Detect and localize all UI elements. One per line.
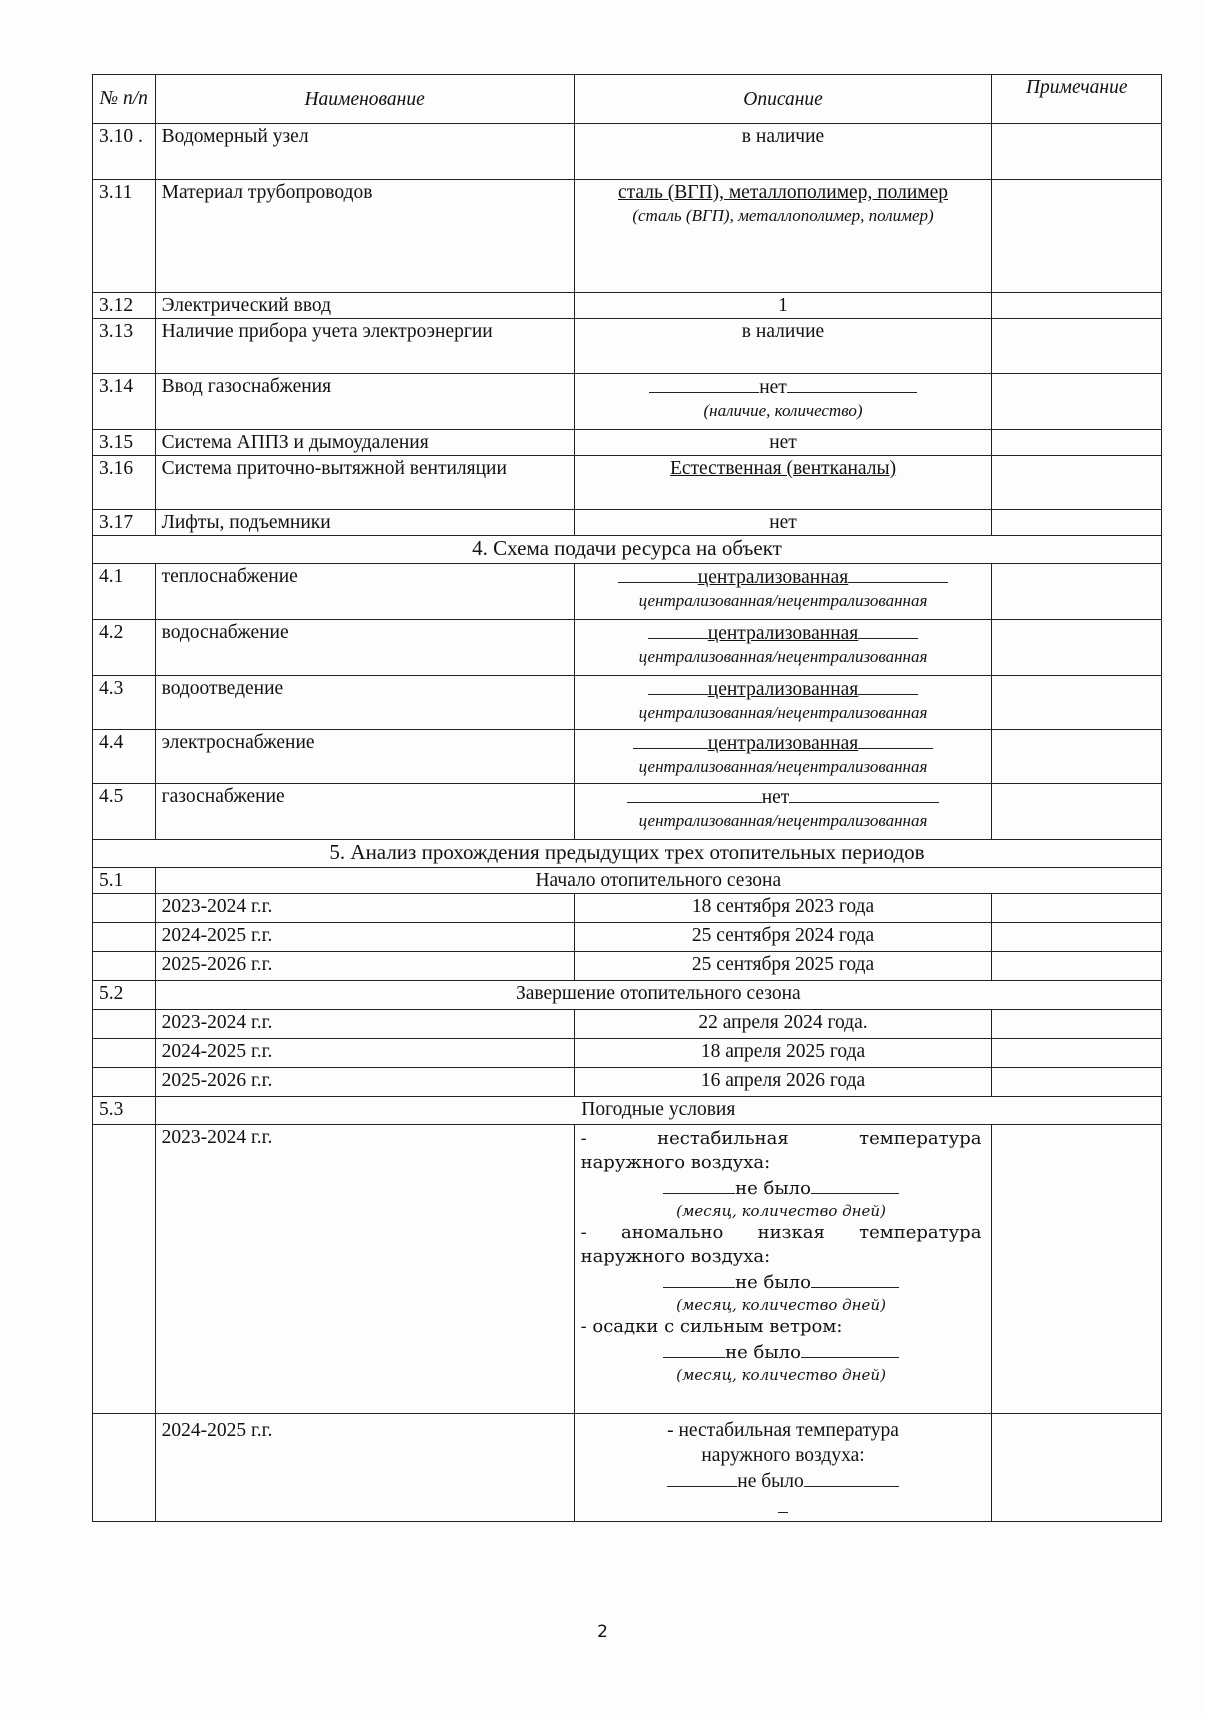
section-4-title: 4. Схема подачи ресурса на объект [93,536,1162,564]
row-desc-hint: централизованная/нецентрализованная [581,702,986,724]
row-name: Электрический ввод [155,293,574,319]
row-num [93,1068,156,1097]
row-desc-hint: (наличие, количество) [581,400,986,422]
weather-label: - аномально низкая температура [581,1221,982,1245]
row-note [992,1414,1162,1522]
row-desc: сталь (ВГП), металлополимер, полимер (ст… [574,180,992,293]
row-note [992,894,1162,923]
row-period: 2024-2025 г.г. [155,923,574,952]
subsection-title: Завершение отопительного сезона [155,981,1161,1010]
row-period: 2023-2024 г.г. [155,1125,574,1414]
row-note [992,1125,1162,1414]
weather-value: не было [737,1471,803,1492]
row-date: 22 апреля 2024 года. [574,1010,992,1039]
row-name: Наличие прибора учета электроэнергии [155,319,574,374]
row-num: 5.1 [93,868,156,894]
row-num: 4.5 [93,784,156,840]
table-row: 3.12 Электрический ввод 1 [93,293,1162,319]
row-desc: в наличие [574,124,992,180]
table-row: 4.1 теплоснабжение централизованная цент… [93,564,1162,620]
row-date: 25 сентября 2025 года [574,952,992,981]
weather-value: не было [725,1342,801,1363]
row-desc: нет централизованная/нецентрализованная [574,784,992,840]
row-desc-hint: централизованная/нецентрализованная [581,590,986,612]
row-num [93,952,156,981]
row-num: 3.10 . [93,124,156,180]
row-note [992,1010,1162,1039]
row-num: 3.11 [93,180,156,293]
row-note [992,952,1162,981]
row-note [992,180,1162,293]
row-note [992,620,1162,676]
weather-hint: (месяц, количество дней) [581,1295,982,1315]
table-row: 2024-2025 г.г. 25 сентября 2024 года [93,923,1162,952]
row-desc-value: централизованная [698,567,848,588]
row-name: Водомерный узел [155,124,574,180]
table-row: 4.2 водоснабжение централизованная центр… [93,620,1162,676]
weather-row: 2023-2024 г.г. - нестабильная температур… [93,1125,1162,1414]
row-note [992,374,1162,430]
row-date: 18 сентября 2023 года [574,894,992,923]
row-name: теплоснабжение [155,564,574,620]
row-num: 3.16 [93,456,156,510]
row-num [93,923,156,952]
row-num: 3.14 [93,374,156,430]
row-desc: нет [574,510,992,536]
header-name: Наименование [155,75,574,124]
table-row: 2024-2025 г.г. 18 апреля 2025 года [93,1039,1162,1068]
row-num: 4.4 [93,730,156,784]
row-num [93,1010,156,1039]
table-row: 3.10 . Водомерный узел в наличие [93,124,1162,180]
row-desc: нет [574,430,992,456]
table-header: № п/п Наименование Описание Примечание [93,75,1162,124]
subsection-title: Начало отопительного сезона [155,868,1161,894]
row-desc: 1 [574,293,992,319]
row-desc-value: сталь (ВГП), металлополимер, полимер [618,182,948,203]
row-desc-value: Естественная (вентканалы) [670,458,896,479]
row-desc-hint: централизованная/нецентрализованная [581,646,986,668]
row-desc-hint: централизованная/нецентрализованная [581,810,986,832]
inspection-table: № п/п Наименование Описание Примечание 3… [92,74,1162,1522]
table-row: 2025-2026 г.г. 16 апреля 2026 года [93,1068,1162,1097]
row-num: 3.15 [93,430,156,456]
row-desc: Естественная (вентканалы) [574,456,992,510]
row-num: 3.13 [93,319,156,374]
row-desc: в наличие [574,319,992,374]
row-period: 2025-2026 г.г. [155,952,574,981]
table-row: 3.14 Ввод газоснабжения нет (наличие, ко… [93,374,1162,430]
weather-row: 2024-2025 г.г. - нестабильная температур… [93,1414,1162,1522]
row-name: Лифты, подъемники [155,510,574,536]
row-date: 16 апреля 2026 года [574,1068,992,1097]
row-desc-hint: (сталь (ВГП), металлополимер, полимер) [581,205,986,227]
weather-label: - нестабильная температура [581,1127,982,1151]
row-name: электроснабжение [155,730,574,784]
row-note [992,923,1162,952]
weather-desc: - нестабильная температура наружного воз… [574,1125,992,1414]
row-num [93,1039,156,1068]
header-note: Примечание [992,75,1162,124]
row-date: 25 сентября 2024 года [574,923,992,952]
row-num [93,1414,156,1522]
weather-label: - нестабильная температура [581,1418,986,1443]
header-num: № п/п [93,75,156,124]
row-period: 2024-2025 г.г. [155,1414,574,1522]
weather-hint: (месяц, количество дней) [581,1365,982,1385]
subsection-row: 5.3 Погодные условия [93,1097,1162,1125]
section-heading: 5. Анализ прохождения предыдущих трех от… [93,840,1162,868]
weather-label: наружного воздуха: [581,1443,986,1468]
page-number: 2 [0,1622,1205,1642]
weather-desc: - нестабильная температура наружного воз… [574,1414,992,1522]
row-date: 18 апреля 2025 года [574,1039,992,1068]
row-name: водоснабжение [155,620,574,676]
row-note [992,676,1162,730]
row-desc-value: централизованная [708,623,858,644]
table-row: 3.13 Наличие прибора учета электроэнерги… [93,319,1162,374]
row-desc: нет (наличие, количество) [574,374,992,430]
row-desc-value: централизованная [708,733,858,754]
row-name: газоснабжение [155,784,574,840]
row-num [93,1125,156,1414]
row-note [992,124,1162,180]
row-name: Ввод газоснабжения [155,374,574,430]
header-description: Описание [574,75,992,124]
weather-value: не было [735,1272,811,1293]
row-note [992,784,1162,840]
table-row: 3.15 Система АППЗ и дымоудаления нет [93,430,1162,456]
row-note [992,564,1162,620]
row-num: 4.2 [93,620,156,676]
subsection-row: 5.2 Завершение отопительного сезона [93,981,1162,1010]
row-period: 2024-2025 г.г. [155,1039,574,1068]
row-num: 3.12 [93,293,156,319]
row-desc-value: централизованная [708,679,858,700]
row-period: 2023-2024 г.г. [155,1010,574,1039]
weather-value: не было [735,1178,811,1199]
table-row: 4.4 электроснабжение централизованная це… [93,730,1162,784]
row-desc: централизованная централизованная/нецент… [574,620,992,676]
row-period: 2025-2026 г.г. [155,1068,574,1097]
row-note [992,1039,1162,1068]
row-num: 5.2 [93,981,156,1010]
section-heading: 4. Схема подачи ресурса на объект [93,536,1162,564]
table-row: 3.11 Материал трубопроводов сталь (ВГП),… [93,180,1162,293]
row-num [93,894,156,923]
row-name: Система АППЗ и дымоудаления [155,430,574,456]
row-num: 4.3 [93,676,156,730]
weather-label: наружного воздуха: [581,1245,982,1269]
table-row: 2023-2024 г.г. 18 сентября 2023 года [93,894,1162,923]
row-desc: централизованная централизованная/нецент… [574,676,992,730]
table-row: 3.16 Система приточно-вытяжной вентиляци… [93,456,1162,510]
table-row: 4.3 водоотведение централизованная центр… [93,676,1162,730]
section-5-title: 5. Анализ прохождения предыдущих трех от… [93,840,1162,868]
table-row: 2025-2026 г.г. 25 сентября 2025 года [93,952,1162,981]
row-name: Материал трубопроводов [155,180,574,293]
row-num: 3.17 [93,510,156,536]
row-num: 4.1 [93,564,156,620]
row-num: 5.3 [93,1097,156,1125]
table-row: 2023-2024 г.г. 22 апреля 2024 года. [93,1010,1162,1039]
row-note [992,319,1162,374]
table-row: 3.17 Лифты, подъемники нет [93,510,1162,536]
subsection-title: Погодные условия [155,1097,1161,1125]
row-desc: централизованная централизованная/нецент… [574,564,992,620]
row-note [992,430,1162,456]
row-note [992,293,1162,319]
weather-label: - осадки с сильным ветром: [581,1315,982,1339]
weather-hint: (месяц, количество дней) [581,1201,982,1221]
weather-label: наружного воздуха: [581,1151,982,1175]
row-desc: централизованная централизованная/нецент… [574,730,992,784]
row-note [992,456,1162,510]
table-row: 4.5 газоснабжение нет централизованная/н… [93,784,1162,840]
row-name: водоотведение [155,676,574,730]
row-desc-hint: централизованная/нецентрализованная [581,756,986,778]
row-note [992,510,1162,536]
row-desc-value: нет [759,377,787,398]
row-note [992,1068,1162,1097]
row-note [992,730,1162,784]
row-period: 2023-2024 г.г. [155,894,574,923]
row-name: Система приточно-вытяжной вентиляции [155,456,574,510]
subsection-row: 5.1 Начало отопительного сезона [93,868,1162,894]
row-desc-value: нет [762,787,790,808]
